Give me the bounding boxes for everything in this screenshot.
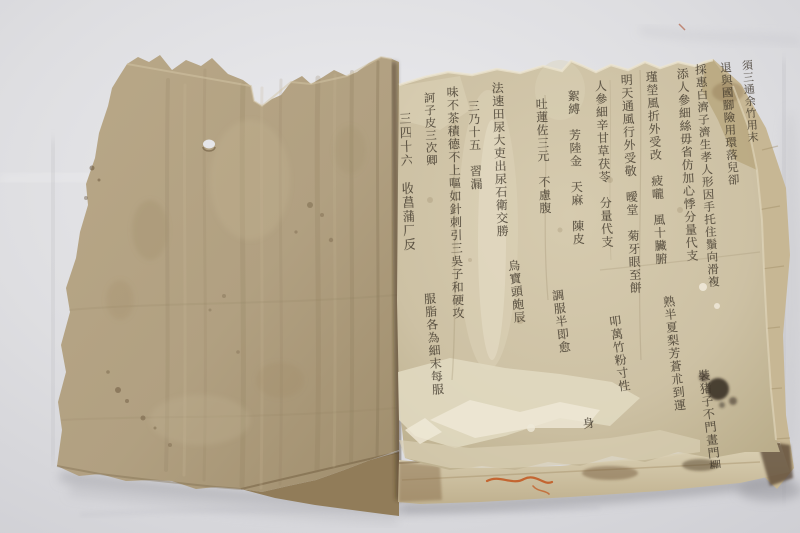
left-cover [57,55,399,516]
cover-hole [203,140,215,149]
photograph: 三四十六 收菖蒲厂反 訶子皮三次卿 味不茶積德不上嘔如針刺引三吳子和硬攻 服脂各… [0,0,800,533]
